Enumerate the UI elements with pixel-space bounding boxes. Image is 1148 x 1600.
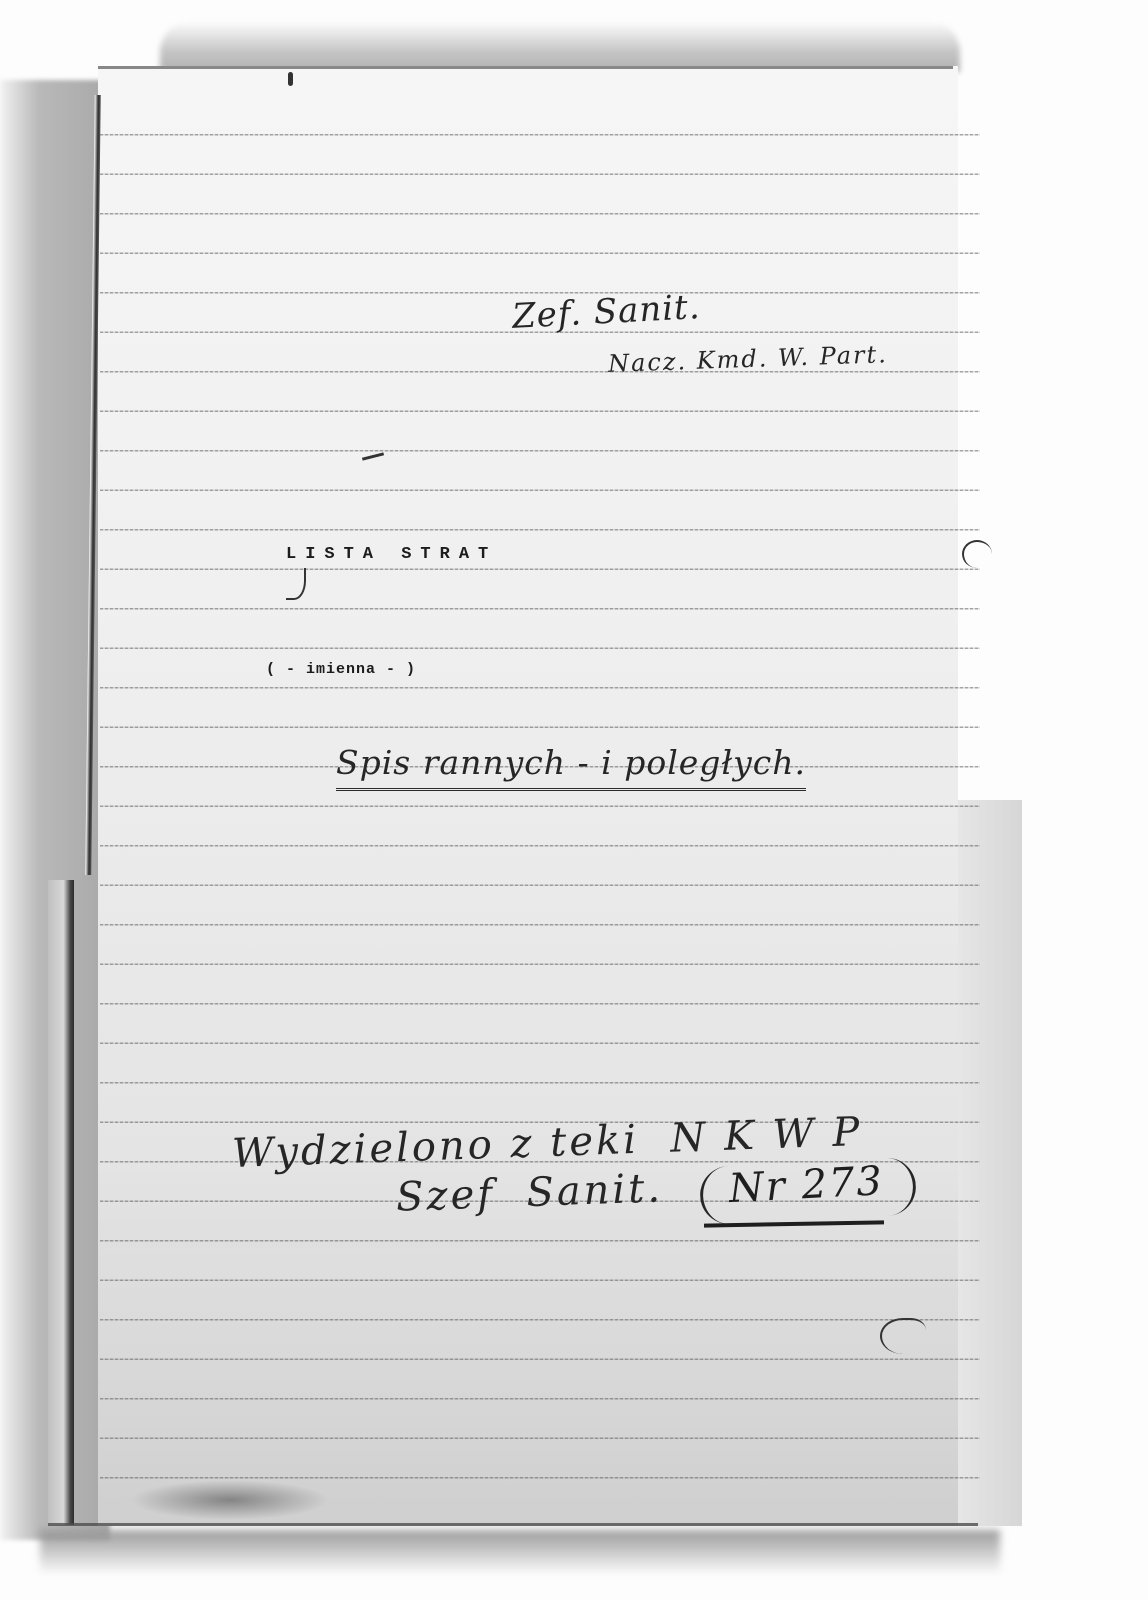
scan-shadow-bottom: [40, 1530, 1000, 1575]
stray-arc-mark: [962, 540, 992, 568]
footer-annotation-line-2: Szef Sanit.: [395, 1165, 663, 1220]
scan-canvas: Zef. Sanit. Nacz. Kmd. W. Part. LISTA ST…: [0, 0, 1148, 1600]
stray-squiggle-mark: [880, 1318, 926, 1354]
document-title: LISTA STRAT: [286, 545, 497, 564]
scan-shadow-top: [160, 22, 960, 72]
reference-number: Nr 273: [728, 1158, 885, 1212]
paper-top-edge: [98, 66, 953, 69]
reference-number-bracket: Nr 273: [699, 1156, 918, 1225]
document-subtitle: ( - imienna - ): [266, 661, 416, 678]
ink-dot: [288, 72, 293, 86]
handwritten-heading: Spis rannych - i poległych.: [336, 743, 806, 791]
folder-binding-edge: [48, 880, 74, 1525]
paper-bottom-edge: [48, 1523, 978, 1526]
